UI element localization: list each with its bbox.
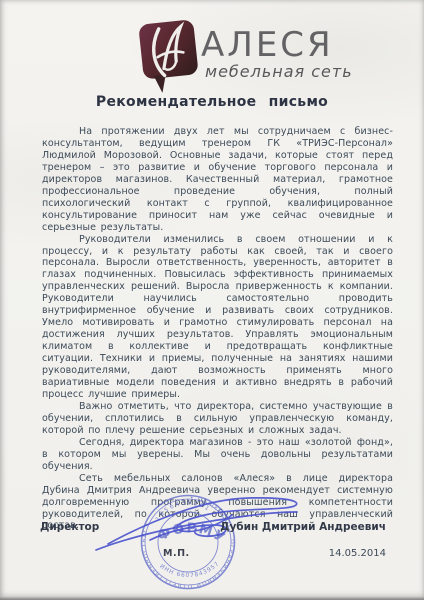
round-stamp: • ОБЩЕСТВО С ОГРАНИЧЕННОЙ ОТВЕТСТВЕННОСТ…	[0, 485, 235, 589]
document-title: Рекомендательное письмо	[0, 94, 424, 110]
logo-tagline: мебельная сеть	[205, 63, 353, 80]
letter-body: На протяжении двух лет мы сотрудничаем с…	[42, 126, 393, 532]
paragraph-2: Руководители изменились в своем отношени…	[42, 234, 393, 401]
stamp-and-signature: • ОБЩЕСТВО С ОГРАНИЧЕННОЙ ОТВЕТСТВЕННОСТ…	[0, 485, 424, 600]
logo-text: АЛЕСЯ мебельная сеть	[201, 28, 353, 80]
scanned-recommendation-letter: АЛЕСЯ мебельная сеть Рекомендательное пи…	[0, 0, 424, 600]
stamp-center-text: ФОРМУЛА	[0, 485, 229, 547]
paragraph-3: Важно отметить, что директора, системно …	[42, 401, 393, 437]
svg-text:ФОРМУЛА: ФОРМУЛА	[0, 485, 229, 547]
signature-block: • ОБЩЕСТВО С ОГРАНИЧЕННОЙ ОТВЕТСТВЕННОСТ…	[0, 485, 424, 600]
logo-brand-name: АЛЕСЯ	[201, 28, 353, 62]
signer-name: Дубин Дмитрий Андреевич	[220, 521, 386, 533]
paragraph-4: Сегодня, директора магазинов - это наш «…	[42, 437, 393, 473]
document-date: 14.05.2014	[329, 548, 386, 559]
signer-role: Директор	[40, 521, 99, 533]
company-logo: АЛЕСЯ мебельная сеть	[137, 18, 353, 96]
furniture-brand-emblem-icon	[137, 18, 199, 96]
stamp-place-label: М.П.	[163, 548, 190, 559]
paragraph-1: На протяжении двух лет мы сотрудничаем с…	[42, 126, 393, 234]
